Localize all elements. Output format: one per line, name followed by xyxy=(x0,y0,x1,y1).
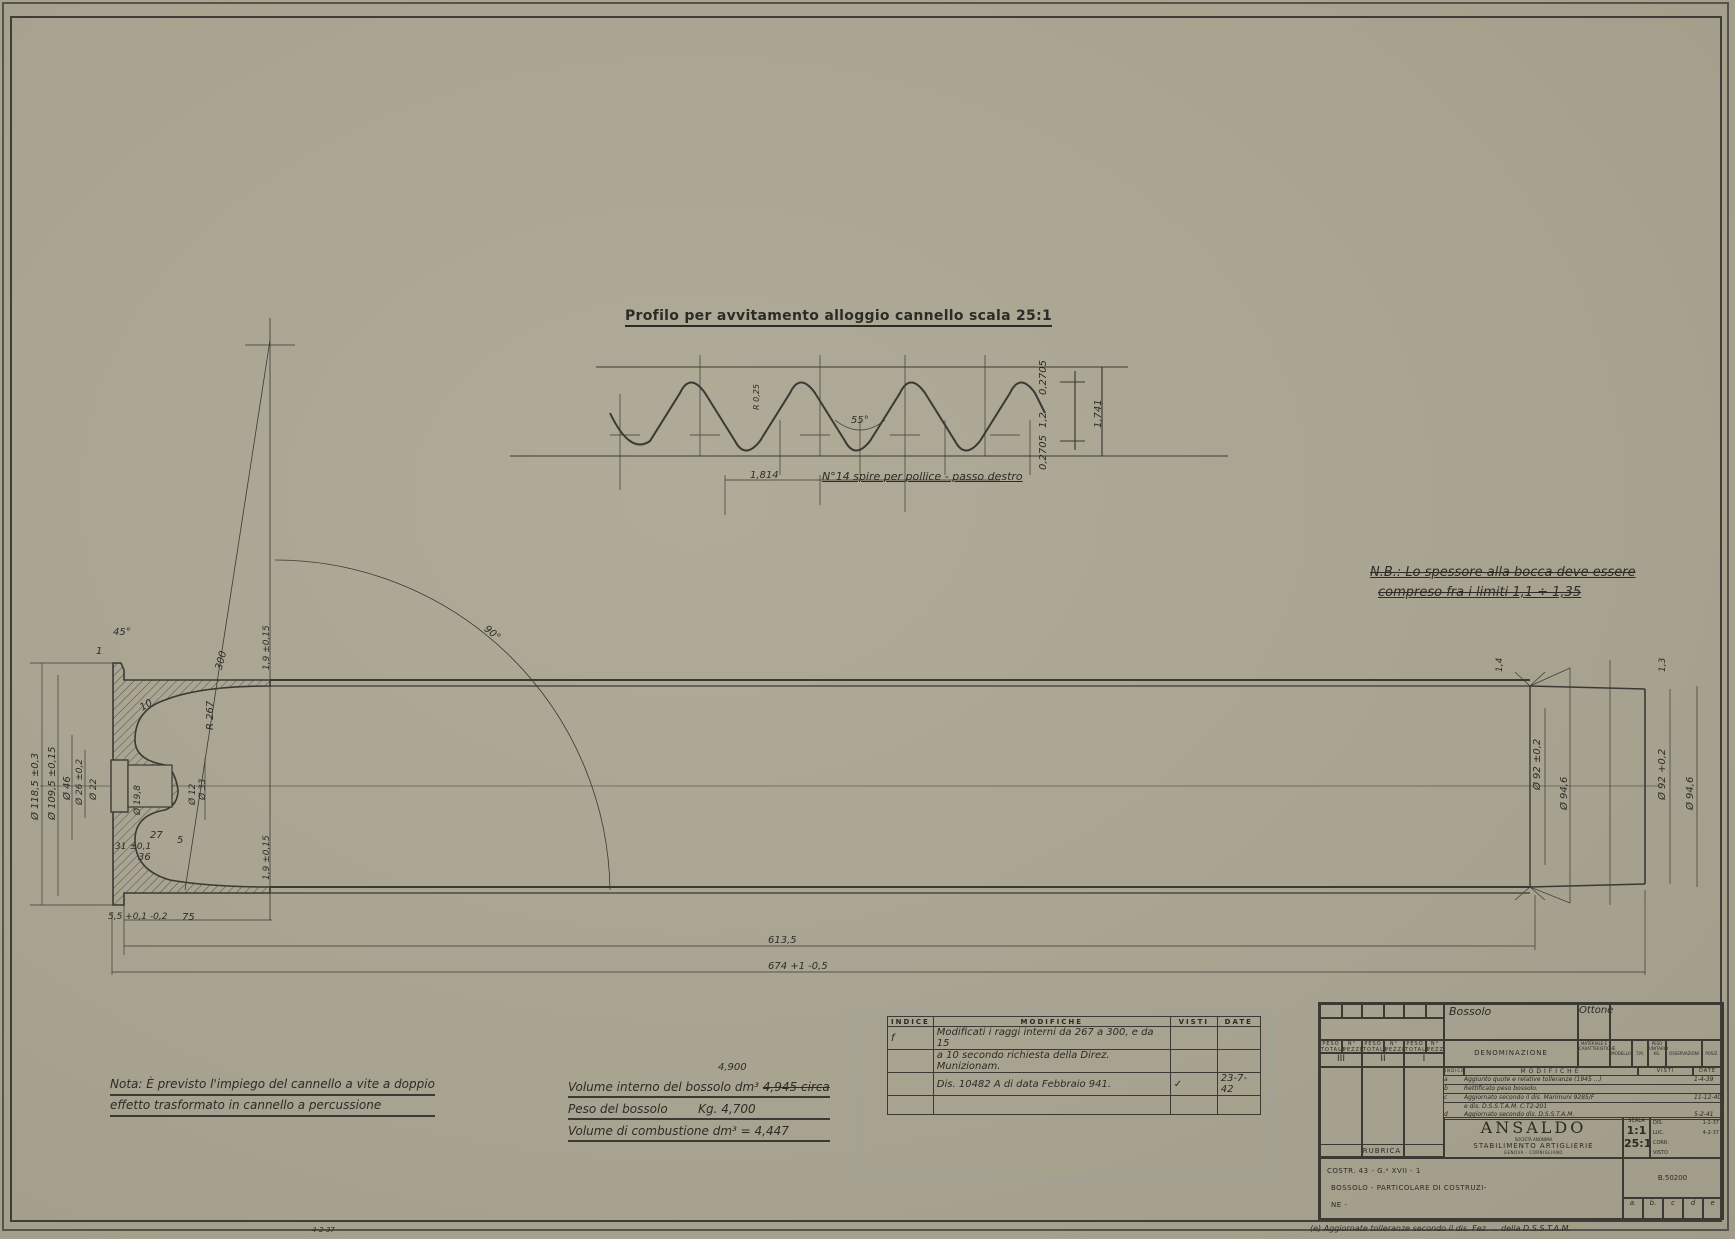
combustion-row: Volume di combustione dm³ = 4,447 xyxy=(568,1122,830,1142)
drawing-number: B.50200 xyxy=(1623,1158,1722,1198)
modello-label: MODELLO xyxy=(1610,1040,1632,1067)
dim-mouth-outer: Ø 94,6 xyxy=(1559,777,1570,810)
wall-thickness-bottom: 1,9 ±0,15 xyxy=(262,835,272,880)
volume-new-value: 4,900 xyxy=(718,1062,747,1073)
plant-name: STABILIMENTO ARTIGLIERIE xyxy=(1445,1142,1622,1150)
dim-613-5: 613,5 xyxy=(768,935,797,946)
note-primer-line2: effetto trasformato in cannello a percus… xyxy=(110,1096,435,1117)
tb-mod-text-header: MODIFICHE xyxy=(1464,1067,1638,1076)
rim-label: 1 xyxy=(96,646,102,657)
mod-visti: ✓ xyxy=(1170,1073,1217,1096)
sig-dis: DIS. 1-2-37 xyxy=(1653,1118,1721,1128)
title-block: PESO TOTALE N° PEZZI PESO TOTALE N° PEZZ… xyxy=(1318,1002,1724,1220)
tb-mod-index-header: INDICE xyxy=(1444,1067,1464,1076)
mod-date xyxy=(1217,1096,1260,1115)
part-name: Bossolo xyxy=(1444,1004,1578,1040)
mod-header-date: DATE xyxy=(1217,1017,1260,1027)
dim-674: 674 +1 -0,5 xyxy=(768,961,828,972)
drawing-title-line2: BOSSOLO - PARTICOLARE DI COSTRUZI- xyxy=(1327,1180,1622,1197)
volume-label: Volume interno del bossolo dm³ xyxy=(568,1080,759,1094)
tb-mod-list: aAggiunto quote e relative tolleranze (1… xyxy=(1444,1076,1722,1120)
drawing-title: COSTR. 43 - G.ᵃ XVII - 1 BOSSOLO - PARTI… xyxy=(1320,1158,1623,1220)
mod-index xyxy=(888,1096,934,1115)
col-peso-totale-2: PESO TOTALE xyxy=(1362,1040,1384,1053)
dim-depth: 1,2 xyxy=(1038,412,1049,428)
radius-267: R 267 xyxy=(205,701,216,730)
revision-e: e xyxy=(1703,1198,1722,1220)
col-pezzi-2: N° PEZZI xyxy=(1384,1040,1404,1053)
dim-thread-total: 1,741 xyxy=(1093,399,1104,428)
mod-header-visti: VISTI xyxy=(1170,1017,1217,1027)
weight-value: Kg. 4,700 xyxy=(698,1102,755,1116)
dim-26: Ø 26 ±0,2 xyxy=(75,759,85,805)
dim-end-outer: Ø 94,6 xyxy=(1685,777,1696,810)
posiz-label: POSIZ. xyxy=(1702,1040,1722,1067)
mod-visti xyxy=(1170,1050,1217,1073)
struck-note-line1: N.B.: Lo spessore alla bocca deve essere xyxy=(1370,563,1636,583)
mod-index xyxy=(888,1050,934,1073)
dim-75: 75 xyxy=(182,912,195,923)
osservazioni-label: OSSERVAZIONI xyxy=(1666,1040,1702,1067)
sig-visto: VISTO xyxy=(1653,1148,1721,1158)
dim-12: Ø 12 xyxy=(188,784,198,805)
note-primer: Nota: È previsto l'impiego del cannello … xyxy=(110,1075,435,1117)
list-item: e dis. D.S.S.T.A.M. C.T2-201 xyxy=(1444,1103,1722,1111)
list-item: bRettificato peso bossolo. xyxy=(1444,1085,1722,1094)
col-peso-totale-1: PESO TOTALE xyxy=(1404,1040,1426,1053)
mod-date xyxy=(1217,1027,1260,1050)
thread-pitch-label: 1,814 xyxy=(750,470,779,481)
mod-visti xyxy=(1170,1096,1217,1115)
scale-box: SCALA 1:1 25:1 xyxy=(1623,1117,1650,1158)
drawing-title-line1: COSTR. 43 - G.ᵃ XVII - 1 xyxy=(1327,1163,1622,1180)
dim-5: 5 xyxy=(177,835,183,846)
col-pezzi-1: N° PEZZI xyxy=(1426,1040,1444,1053)
mod-index: f xyxy=(888,1027,934,1050)
part-material: Ottone xyxy=(1578,1004,1610,1040)
rubrica-label: RUBRICA xyxy=(1320,1144,1444,1158)
mod-visti xyxy=(1170,1027,1217,1050)
sig-luc: LUC. 4-2-37 xyxy=(1653,1128,1721,1138)
dim-mouth-wall: 1,3 xyxy=(1658,658,1668,672)
mod-date xyxy=(1217,1050,1260,1073)
modification-table: INDICE MODIFICHE VISTI DATE fModificati … xyxy=(887,1016,1261,1115)
table-row: Dis. 10482 A di data Febbraio 941.✓23-7-… xyxy=(888,1073,1261,1096)
scale-1: 1:1 xyxy=(1624,1124,1649,1137)
revision-a: a. xyxy=(1623,1198,1643,1220)
revision-c: c xyxy=(1663,1198,1683,1220)
company-name: ANSALDO xyxy=(1445,1118,1622,1137)
col-pezzi-3: N° PEZZI xyxy=(1342,1040,1362,1053)
group-i: I xyxy=(1404,1053,1444,1067)
plant-city: GENOVA - CORNIGLIANO xyxy=(1445,1150,1622,1155)
signatures-box: DIS. 1-2-37 LUC. 4-2-37 CORR. VISTO xyxy=(1650,1117,1722,1158)
list-item: aAggiunto quote e relative tolleranze (1… xyxy=(1444,1076,1722,1085)
dim-neck-wall: 1,4 xyxy=(1495,658,1505,672)
case-specs: Volume interno del bossolo dm³ 4,945 cir… xyxy=(568,1078,830,1144)
denominazione-label: DENOMINAZIONE xyxy=(1444,1040,1578,1067)
cartridge-case-section xyxy=(30,660,1697,975)
wall-thickness-top: 1,9 ±0,15 xyxy=(262,625,272,670)
struck-note: N.B.: Lo spessore alla bocca deve essere… xyxy=(1370,563,1636,603)
thread-note: N°14 spire per pollice - passo destro xyxy=(822,470,1023,483)
weight-label: Peso del bossolo xyxy=(568,1102,668,1116)
drawing-title-line3: NE - xyxy=(1327,1197,1622,1214)
tb-mod-date-header: DATE xyxy=(1693,1067,1722,1076)
revision-d: d xyxy=(1683,1198,1703,1220)
dim-19-8: Ø 19,8 xyxy=(133,785,143,815)
dim-crest: 0,2705 xyxy=(1038,360,1049,395)
thread-radius: R 0,25 xyxy=(752,384,761,410)
dim-rim-diameter: Ø 118,5 ±0,3 xyxy=(30,753,41,820)
tb-mod-visti-header: VISTI xyxy=(1638,1067,1693,1076)
volume-row: Volume interno del bossolo dm³ 4,945 cir… xyxy=(568,1078,830,1098)
mod-index xyxy=(888,1073,934,1096)
dim-root: 0,2705 xyxy=(1038,435,1049,470)
thread-profile xyxy=(510,355,1228,515)
volume-old-value: 4,945 circa xyxy=(763,1080,830,1094)
mod-text: Modificati i raggi interni da 267 a 300,… xyxy=(933,1027,1170,1050)
group-ii: II xyxy=(1362,1053,1404,1067)
table-row: fModificati i raggi interni da 267 a 300… xyxy=(888,1027,1261,1050)
dim-base-thickness: 5,5 +0,1 -0,2 xyxy=(108,912,167,922)
materiale-label: MATERIALE E CARATTERISTICHE xyxy=(1578,1040,1610,1067)
table-row xyxy=(888,1096,1261,1115)
company-box: ANSALDO SOCIETÀ ANONIMA STABILIMENTO ART… xyxy=(1444,1117,1623,1158)
dim-27: 27 xyxy=(150,830,163,841)
sig-corr: CORR. xyxy=(1653,1138,1721,1148)
mod-date: 23-7-42 xyxy=(1217,1073,1260,1096)
footer-note: (e) Aggiornate tolleranze secondo il dis… xyxy=(1310,1224,1571,1233)
tm-label: T.M. xyxy=(1632,1040,1648,1067)
list-item: cAggiornato secondo il dis. Marimuni 928… xyxy=(1444,1094,1722,1103)
mod-text: a 10 secondo richiesta della Direz. Muni… xyxy=(933,1050,1170,1073)
profile-title: Profilo per avvitamento alloggio cannell… xyxy=(625,308,1052,327)
col-peso-totale-3: PESO TOTALE xyxy=(1320,1040,1342,1053)
group-iii: III xyxy=(1320,1053,1362,1067)
dim-base-diameter: Ø 109,5 ±0,15 xyxy=(47,746,58,820)
thread-angle-label: 55° xyxy=(851,415,869,426)
mod-header-text: MODIFICHE xyxy=(933,1017,1170,1027)
mod-text: Dis. 10482 A di data Febbraio 941. xyxy=(933,1073,1170,1096)
dim-31: 31 ±0,1 xyxy=(115,842,151,852)
dim-33: Ø 33 xyxy=(198,779,208,800)
combustion-label: Volume di combustione dm³ = 4,447 xyxy=(568,1124,789,1138)
footer-mark: 4-2-37 xyxy=(312,1226,335,1234)
mod-text xyxy=(933,1096,1170,1115)
dim-46: Ø 46 xyxy=(62,776,73,800)
note-primer-line1: Nota: È previsto l'impiego del cannello … xyxy=(110,1075,435,1096)
dim-22: Ø 22 xyxy=(89,779,99,800)
table-row: a 10 secondo richiesta della Direz. Muni… xyxy=(888,1050,1261,1073)
revision-b: b. xyxy=(1643,1198,1663,1220)
weight-row: Peso del bossolo Kg. 4,700 xyxy=(568,1100,830,1120)
peso-unitario-label: PESO UNITARIO KG. xyxy=(1648,1040,1666,1067)
dim-end-inner: Ø 92 +0,2 xyxy=(1657,749,1668,800)
dim-mouth-inner: Ø 92 ±0,2 xyxy=(1532,739,1543,790)
mod-header-index: INDICE xyxy=(888,1017,934,1027)
dim-36: 36 xyxy=(138,852,151,863)
struck-note-line2: compreso fra i limiti 1,1 ÷ 1,35 xyxy=(1370,583,1636,603)
chamfer-label: 45° xyxy=(113,627,131,638)
scale-2: 25:1 xyxy=(1624,1137,1649,1150)
